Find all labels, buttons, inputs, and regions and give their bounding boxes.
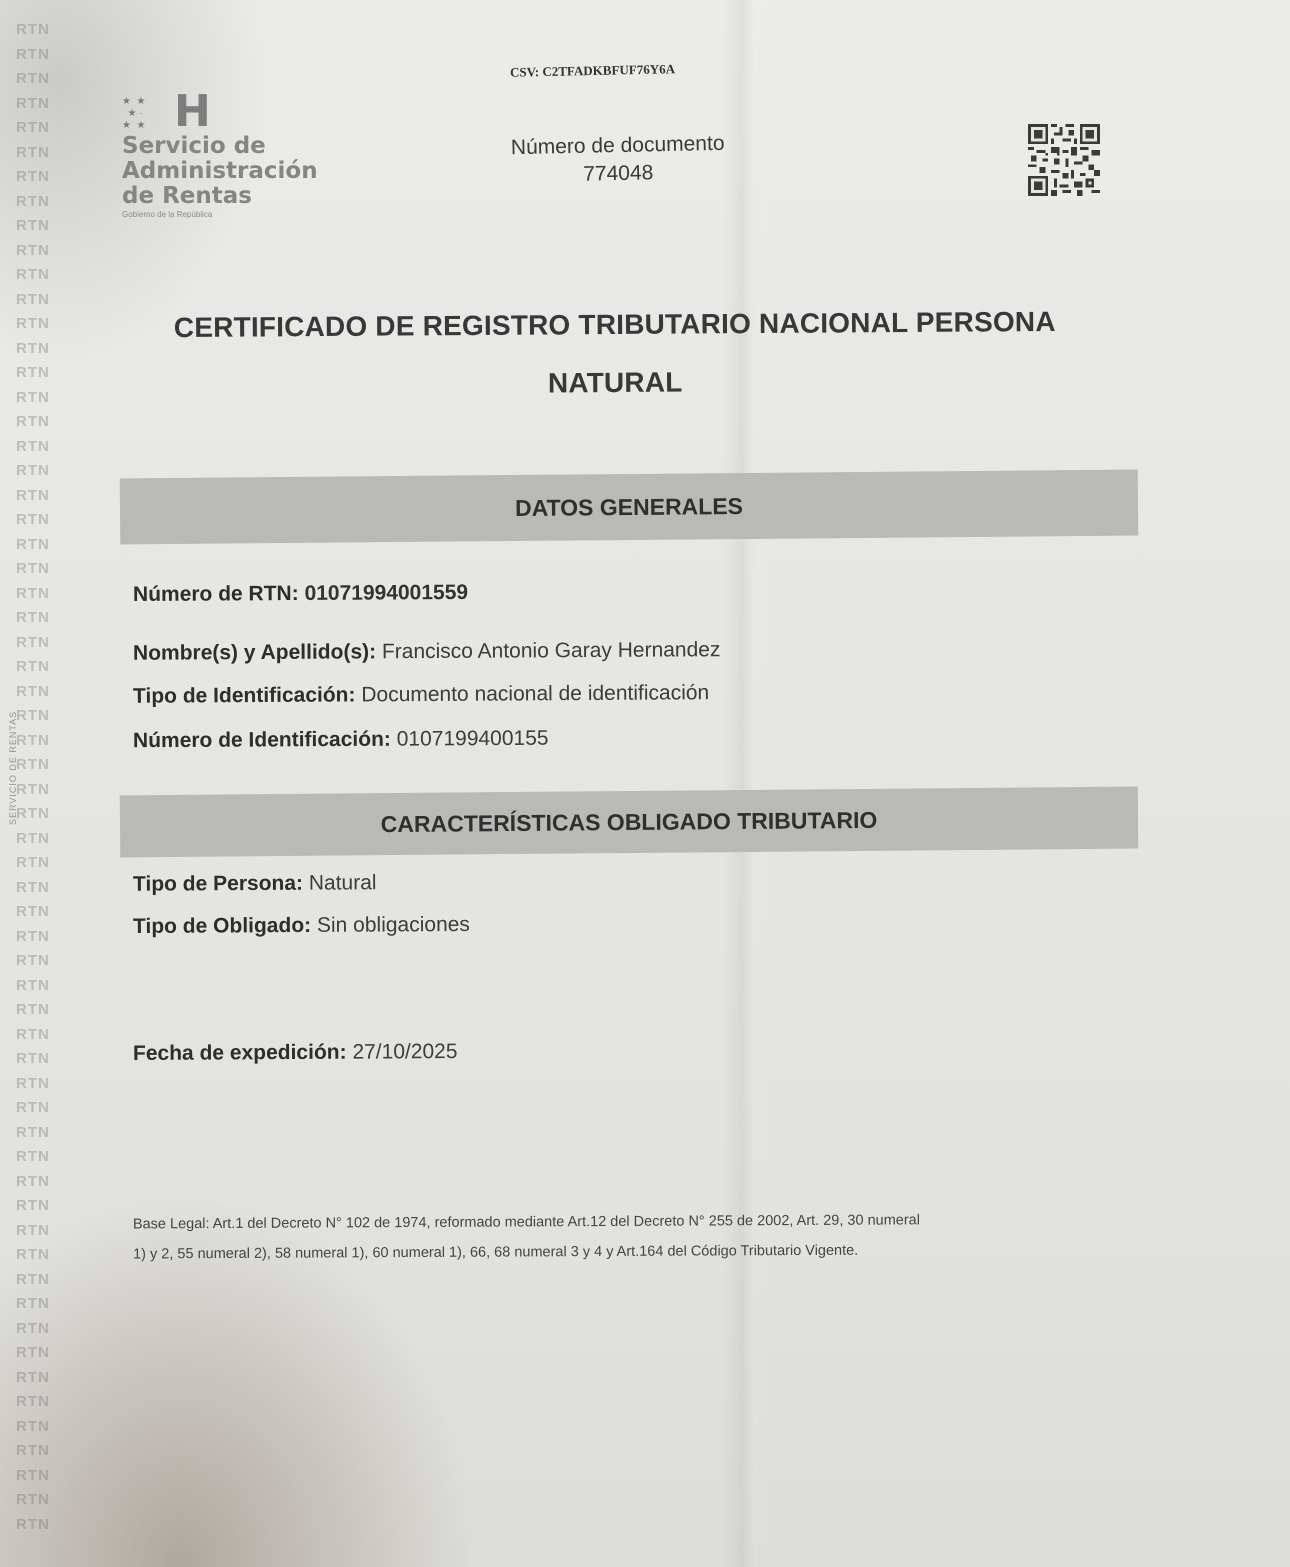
watermark-text: RTN: [16, 533, 66, 558]
watermark-text: RTN: [16, 606, 66, 631]
field-value: Sin obligaciones: [317, 913, 470, 937]
watermark-text: RTN: [16, 435, 66, 460]
field-value: 0107199400155: [397, 727, 549, 751]
watermark-text: RTN: [16, 631, 66, 656]
watermark-text: RTN: [16, 484, 66, 509]
field-label: Fecha de expedición:: [133, 1041, 347, 1065]
watermark-text: RTN: [16, 827, 66, 852]
field-id-number: Número de Identificación: 0107199400155: [133, 727, 549, 754]
watermark-text: RTN: [16, 18, 66, 43]
legal-basis-line1: Base Legal: Art.1 del Decreto N° 102 de …: [133, 1205, 1073, 1240]
watermark-text: RTN: [16, 508, 66, 533]
field-obligation-type: Tipo de Obligado: Sin obligaciones: [133, 913, 470, 939]
field-label: Nombre(s) y Apellido(s):: [133, 640, 376, 664]
watermark-text: RTN: [16, 1464, 66, 1489]
title-line2: NATURAL: [130, 351, 1100, 416]
watermark-text: RTN: [16, 900, 66, 925]
watermark-text: RTN: [16, 1121, 66, 1146]
watermark-text: RTN: [16, 1341, 66, 1366]
logo-letter: H: [174, 92, 211, 132]
watermark-text: RTN: [16, 165, 66, 190]
title-line1: CERTIFICADO DE REGISTRO TRIBUTARIO NACIO…: [130, 293, 1100, 358]
field-issue-date: Fecha de expedición: 27/10/2025: [133, 1040, 458, 1066]
field-label: Número de Identificación:: [133, 728, 391, 753]
watermark-text: RTN: [16, 1366, 66, 1391]
watermark-text: RTN: [16, 998, 66, 1023]
watermark-text: RTN: [16, 1415, 66, 1440]
watermark-text: RTN: [16, 1243, 66, 1268]
watermark-text: RTN: [16, 386, 66, 411]
watermark-text: RTN: [16, 557, 66, 582]
field-label: Tipo de Identificación:: [133, 683, 356, 707]
watermark-text: RTN: [16, 851, 66, 876]
field-id-type: Tipo de Identificación: Documento nacion…: [133, 681, 709, 709]
section-heading: CARACTERÍSTICAS OBLIGADO TRIBUTARIO: [381, 806, 878, 837]
watermark-text: RTN: [16, 288, 66, 313]
watermark-text: RTN: [16, 1317, 66, 1342]
watermark-text: RTN: [16, 753, 66, 778]
watermark-text: RTN: [16, 1488, 66, 1513]
field-value: Natural: [309, 871, 377, 894]
field-value: 01071994001559: [304, 581, 468, 605]
watermark-text: RTN: [16, 1439, 66, 1464]
logo-name-line3: de Rentas: [122, 184, 318, 209]
field-label: Número de RTN:: [133, 582, 299, 606]
watermark-text: RTN: [16, 141, 66, 166]
logo-subtitle: Gobierno de la República: [122, 210, 318, 219]
watermark-text: RTN: [16, 263, 66, 288]
watermark-text: RTN: [16, 337, 66, 362]
watermark-text: RTN: [16, 43, 66, 68]
legal-basis-line2: 1) y 2, 55 numeral 2), 58 numeral 1), 60…: [133, 1235, 1073, 1270]
logo-name-line2: Administración: [122, 159, 318, 184]
watermark-text: RTN: [16, 190, 66, 215]
field-name: Nombre(s) y Apellido(s): Francisco Anton…: [133, 638, 721, 666]
field-value: Documento nacional de identificación: [361, 681, 709, 706]
watermark-text: RTN: [16, 67, 66, 92]
logo-mark: ★ ★ ★ ·★ ★ H: [122, 92, 318, 132]
section-heading: DATOS GENERALES: [515, 493, 743, 522]
watermark-text: RTN: [16, 1145, 66, 1170]
watermark-text: RTN: [16, 876, 66, 901]
watermark-text: RTN: [16, 410, 66, 435]
watermark-text: RTN: [16, 1096, 66, 1121]
watermark-text: RTN: [16, 312, 66, 337]
document-number: Número de documento 774048: [487, 129, 748, 190]
watermark-text: RTN: [16, 974, 66, 999]
watermark-text: RTN: [16, 361, 66, 386]
watermark-text: RTN: [16, 655, 66, 680]
watermark-text: RTN: [16, 1023, 66, 1048]
watermark-text: RTN: [16, 704, 66, 729]
rtn-watermark-column: RTNRTNRTNRTNRTNRTNRTNRTNRTNRTNRTNRTNRTNR…: [16, 18, 66, 1537]
section-header-caracteristicas: CARACTERÍSTICAS OBLIGADO TRIBUTARIO: [120, 787, 1139, 858]
field-label: Tipo de Persona:: [133, 872, 303, 896]
qr-code-icon: [1028, 124, 1100, 196]
field-person-type: Tipo de Persona: Natural: [133, 871, 377, 896]
watermark-text: RTN: [16, 778, 66, 803]
field-value: 27/10/2025: [352, 1040, 457, 1064]
watermark-text: RTN: [16, 949, 66, 974]
watermark-text: RTN: [16, 1047, 66, 1072]
watermark-text: RTN: [16, 1513, 66, 1538]
legal-basis: Base Legal: Art.1 del Decreto N° 102 de …: [133, 1205, 1073, 1270]
watermark-text: RTN: [16, 1390, 66, 1415]
watermark-text: RTN: [16, 92, 66, 117]
watermark-text: RTN: [16, 680, 66, 705]
watermark-text: RTN: [16, 1268, 66, 1293]
watermark-text: RTN: [16, 1170, 66, 1195]
field-label: Tipo de Obligado:: [133, 914, 311, 938]
section-header-datos-generales: DATOS GENERALES: [120, 470, 1139, 545]
logo-name: Servicio de Administración de Rentas: [122, 134, 318, 209]
watermark-text: RTN: [16, 459, 66, 484]
watermark-text: RTN: [16, 116, 66, 141]
watermark-text: RTN: [16, 1292, 66, 1317]
watermark-text: RTN: [16, 239, 66, 264]
document-number-value: 774048: [488, 157, 749, 190]
field-rtn: Número de RTN: 01071994001559: [133, 581, 468, 607]
watermark-text: RTN: [16, 925, 66, 950]
sar-logo: ★ ★ ★ ·★ ★ H Servicio de Administración …: [122, 92, 318, 219]
watermark-text: RTN: [16, 582, 66, 607]
watermark-text: RTN: [16, 729, 66, 754]
watermark-text: RTN: [16, 1219, 66, 1244]
edge-text: SERVICIO DE RENTAS: [8, 675, 18, 825]
document-number-label: Número de documento: [487, 129, 748, 162]
watermark-text: RTN: [16, 802, 66, 827]
watermark-text: RTN: [16, 1072, 66, 1097]
certificate-title: CERTIFICADO DE REGISTRO TRIBUTARIO NACIO…: [130, 293, 1101, 416]
field-value: Francisco Antonio Garay Hernandez: [382, 638, 721, 663]
watermark-text: RTN: [16, 214, 66, 239]
logo-name-line1: Servicio de: [122, 134, 318, 159]
certificate-page: [0, 0, 1290, 1567]
stars-icon: ★ ★ ★ ·★ ★: [122, 96, 174, 132]
watermark-text: RTN: [16, 1194, 66, 1219]
